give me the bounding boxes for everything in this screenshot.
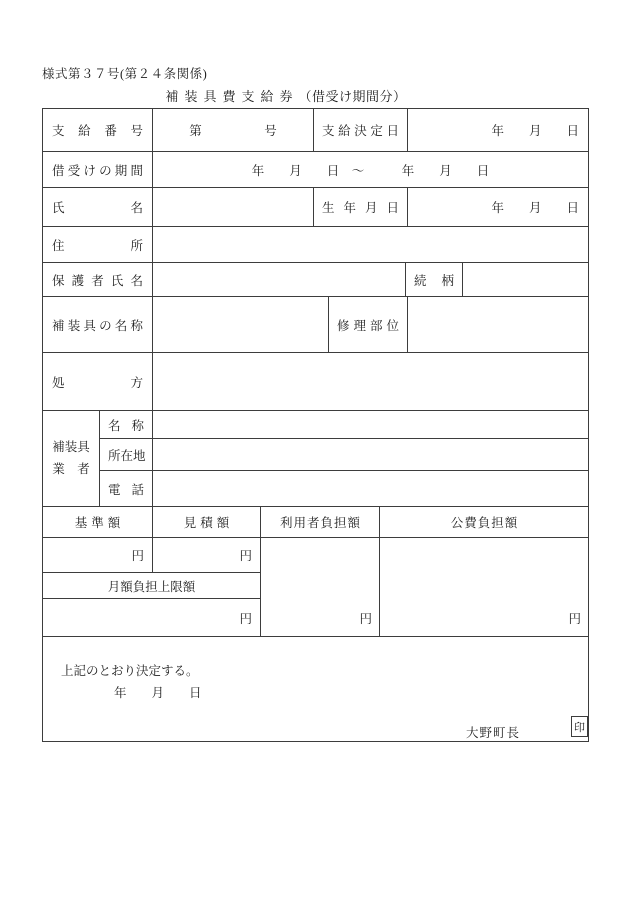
guardian-name-label: 保護者氏名 bbox=[42, 262, 153, 297]
monthly-cap-label: 月額負担上限額 bbox=[42, 572, 261, 599]
decision-date-label: 支給決定日 bbox=[313, 108, 408, 152]
public-share-header: 公費負担額 bbox=[379, 506, 589, 538]
vendor-name-value bbox=[152, 410, 589, 439]
form-title-main: 補装具費支給券 bbox=[165, 89, 298, 104]
payment-number-label: 支給番号 bbox=[42, 108, 153, 152]
birth-date-value: 年 月 日 bbox=[407, 187, 589, 227]
standard-amount-header: 基準額 bbox=[42, 506, 153, 538]
form-table: 支給番号 第 号 支給決定日 年 月 日 借受けの期間 年 月 日 ～ 年 月 … bbox=[42, 108, 589, 742]
standard-amount-value: 円 bbox=[42, 537, 153, 573]
payment-number-value: 第 号 bbox=[152, 108, 314, 152]
decision-date-line: 年 月 日 bbox=[114, 683, 202, 701]
address-label: 住所 bbox=[42, 226, 153, 263]
decision-text: 上記のとおり決定する。 bbox=[61, 661, 199, 679]
estimate-amount-header: 見積額 bbox=[152, 506, 261, 538]
repair-part-value bbox=[407, 296, 589, 353]
document-page: 様式第３７号(第２４条関係) 補装具費支給券（借受け期間分） 支給番号 第 号 … bbox=[0, 0, 630, 903]
seal-mark: 印 bbox=[574, 719, 585, 735]
public-share-value: 円 bbox=[379, 537, 589, 637]
vendor-location-value bbox=[152, 438, 589, 471]
device-name-label: 補装具の名称 bbox=[42, 296, 153, 353]
repair-part-label: 修理部位 bbox=[328, 296, 408, 353]
seal-box: 印 bbox=[571, 716, 588, 737]
user-share-value: 円 bbox=[260, 537, 380, 637]
vendor-name-label: 名称 bbox=[99, 410, 153, 439]
address-value bbox=[152, 226, 589, 263]
vendor-phone-label: 電話 bbox=[99, 470, 153, 507]
relationship-value bbox=[462, 262, 589, 297]
form-title: 補装具費支給券（借受け期間分） bbox=[0, 86, 572, 105]
signer-name: 大野町長 bbox=[466, 723, 520, 741]
prescription-label: 処方 bbox=[42, 352, 153, 411]
vendor-group-label: 補装具 業 者 bbox=[42, 410, 100, 507]
estimate-amount-value: 円 bbox=[152, 537, 261, 573]
user-share-header: 利用者負担額 bbox=[260, 506, 380, 538]
rental-period-label: 借受けの期間 bbox=[42, 151, 153, 188]
person-name-value bbox=[152, 187, 314, 227]
prescription-value bbox=[152, 352, 589, 411]
form-number: 様式第３７号(第２４条関係) bbox=[42, 64, 207, 82]
vendor-location-label: 所在地 bbox=[99, 438, 153, 471]
decision-date-value: 年 月 日 bbox=[407, 108, 589, 152]
decision-section: 上記のとおり決定する。 年 月 日 大野町長 印 bbox=[42, 636, 589, 742]
guardian-name-value bbox=[152, 262, 406, 297]
device-name-value bbox=[152, 296, 329, 353]
rental-period-value: 年 月 日 ～ 年 月 日 bbox=[152, 151, 589, 188]
relationship-label: 続柄 bbox=[405, 262, 463, 297]
person-name-label: 氏名 bbox=[42, 187, 153, 227]
form-title-suffix: （借受け期間分） bbox=[299, 89, 407, 104]
birth-date-label: 生年月日 bbox=[313, 187, 408, 227]
vendor-phone-value bbox=[152, 470, 589, 507]
monthly-cap-value: 円 bbox=[42, 598, 261, 637]
